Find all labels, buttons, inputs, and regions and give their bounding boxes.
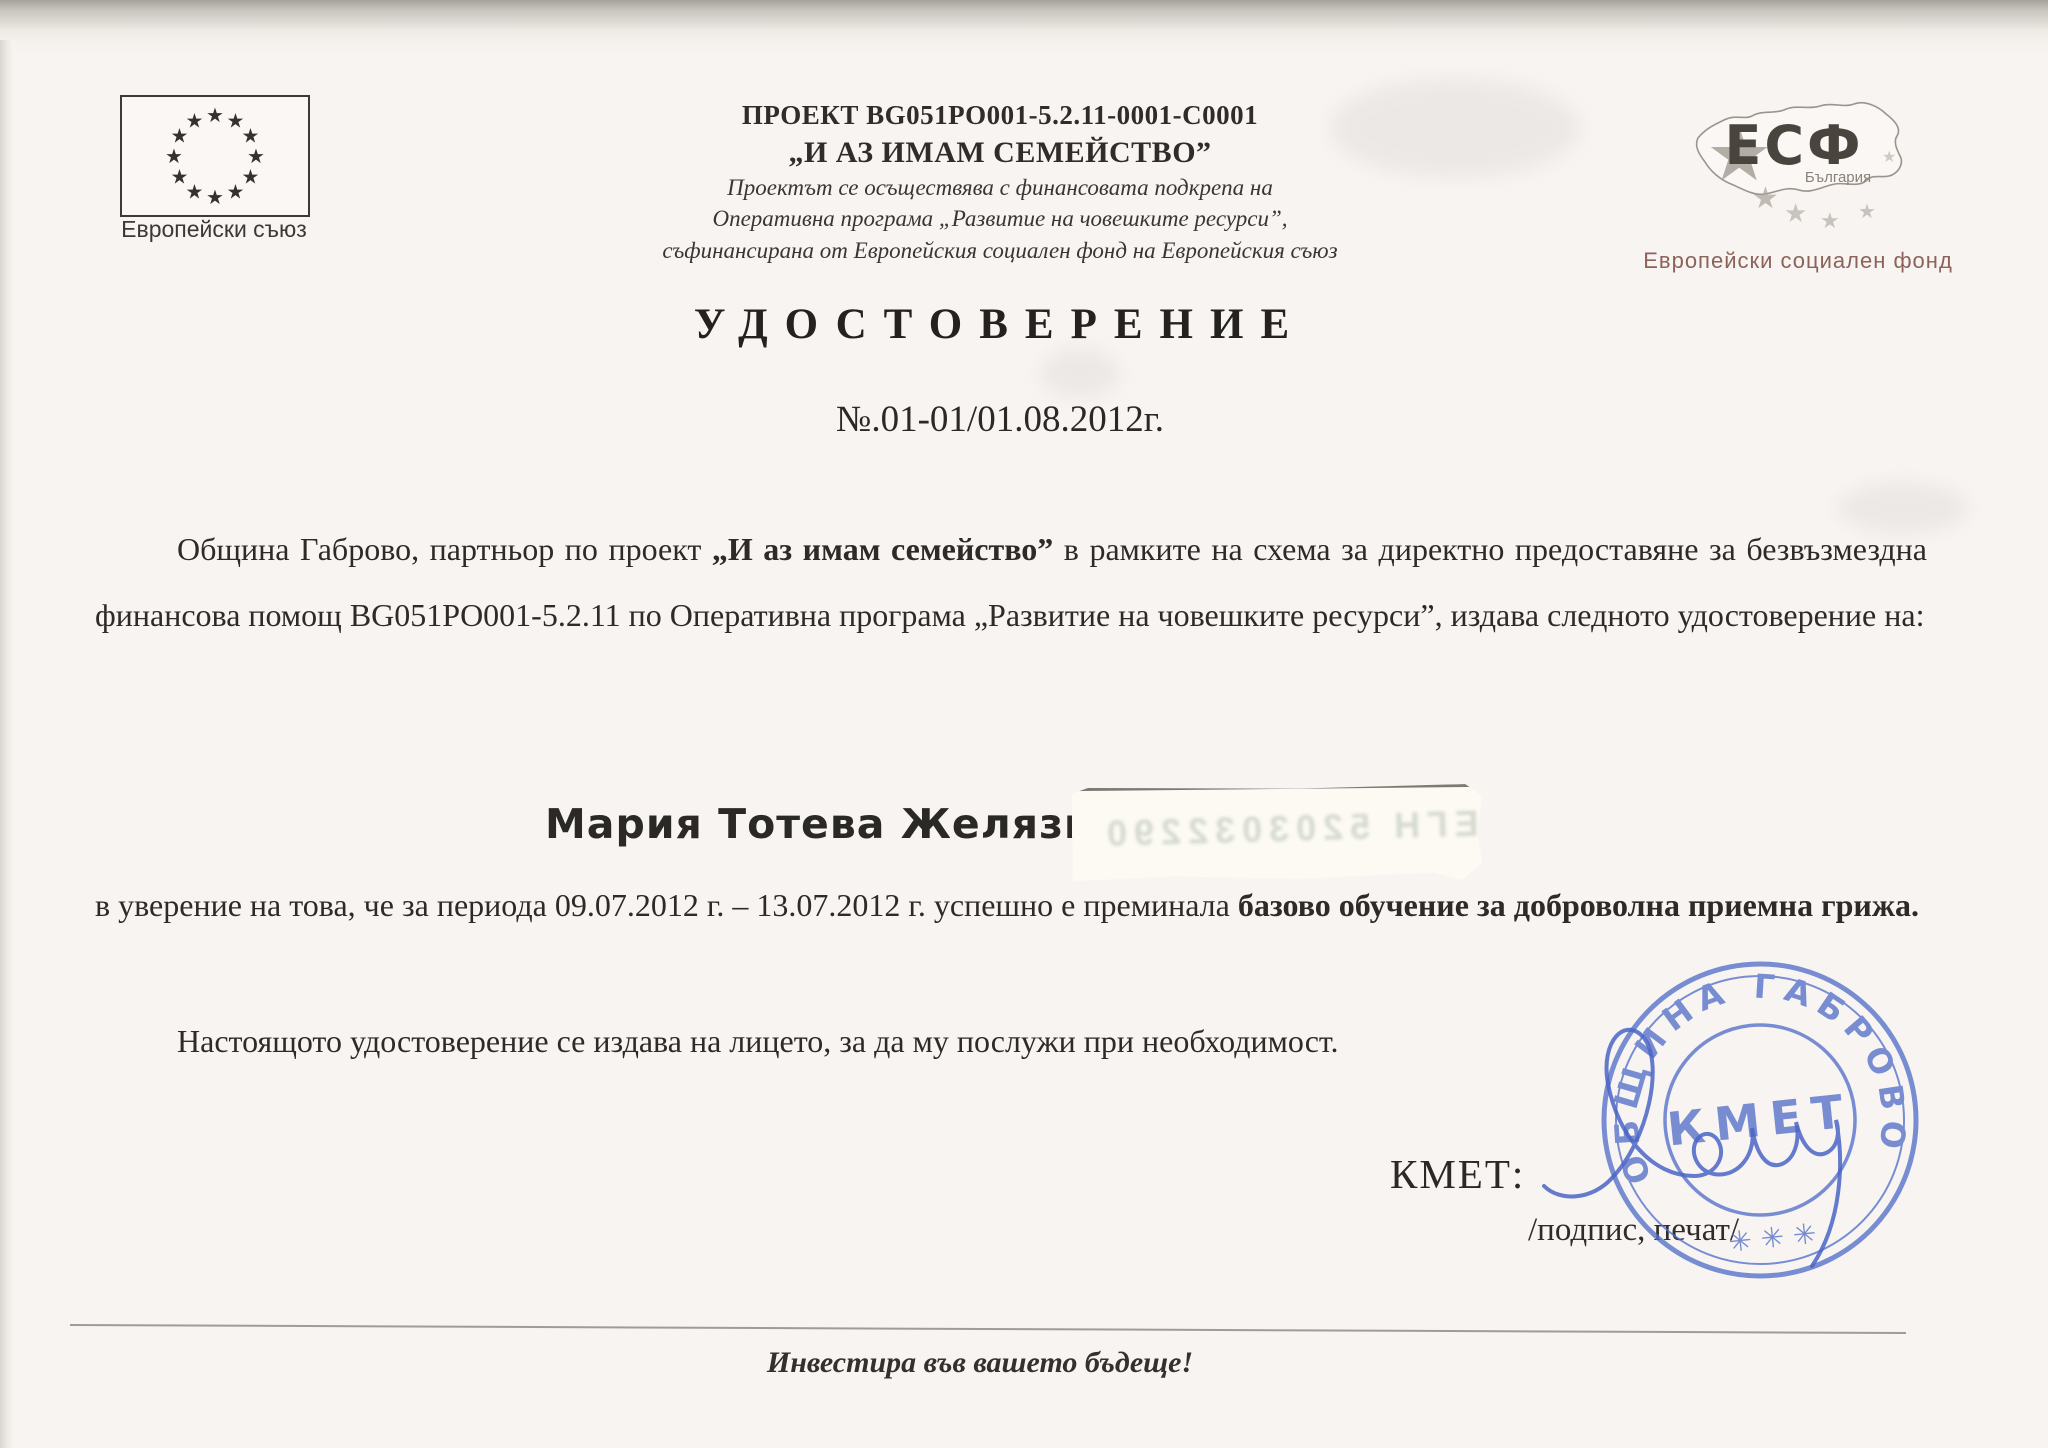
footer-slogan: Инвестира във вашето бъдеще!	[500, 1346, 1460, 1380]
certificate-document: ★ ★ ★ ★ ★ ★ ★ ★ ★ ★ ★ ★ Европейски съюз …	[0, 0, 2048, 1448]
mayor-signature	[0, 0, 2048, 1448]
signature-stroke	[1544, 1030, 1840, 1266]
